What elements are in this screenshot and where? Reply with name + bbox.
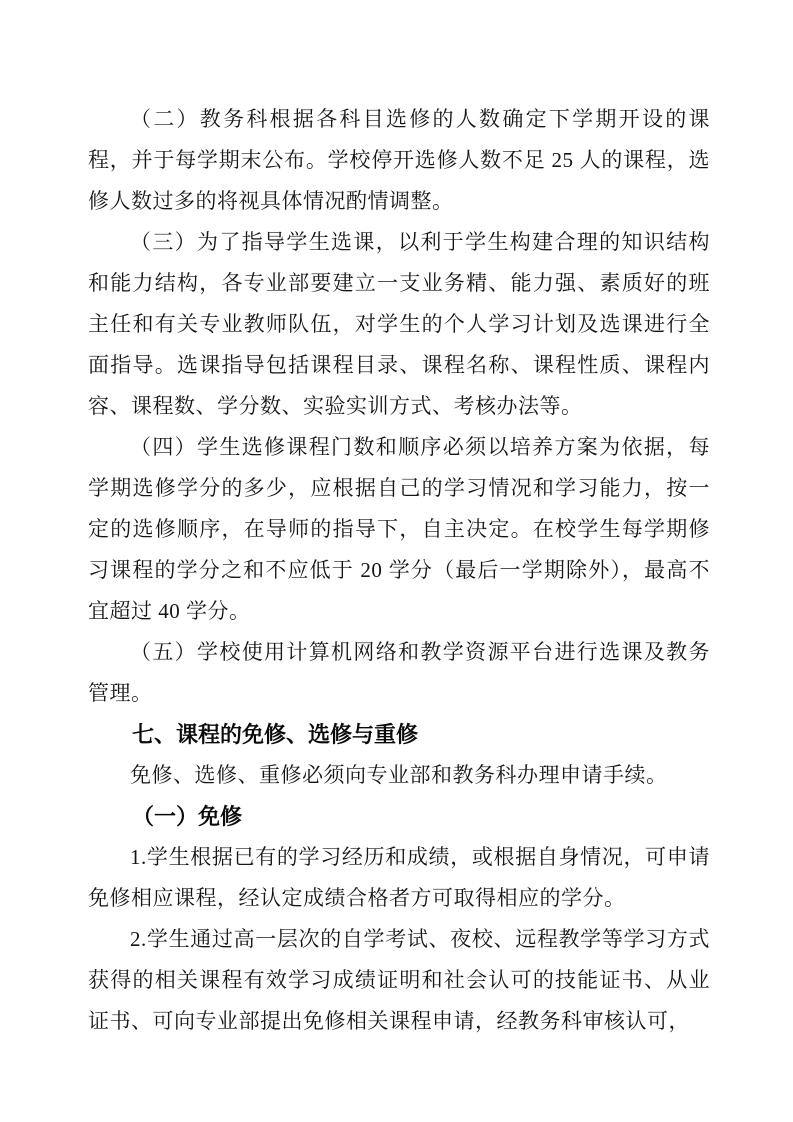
paragraph-item-4: （四）学生选修课程门数和顺序必须以培养方案为依据，每学期选修学分的多少，应根据自… (88, 427, 710, 632)
paragraph-item-2: （二）教务科根据各科目选修的人数确定下学期开设的课程，并于每学期末公布。学校停开… (88, 99, 710, 222)
subsection-heading-exemption: （一）免修 (88, 796, 710, 837)
paragraph-exemption-1: 1.学生根据已有的学习经历和成绩，或根据自身情况，可申请免修相应课程，经认定成绩… (88, 837, 710, 919)
paragraph-item-3: （三）为了指导学生选课，以利于学生构建合理的知识结构和能力结构，各专业部要建立一… (88, 222, 710, 427)
document-page: （二）教务科根据各科目选修的人数确定下学期开设的课程，并于每学期末公布。学校停开… (0, 0, 793, 1122)
section-heading-7: 七、课程的免修、选修与重修 (88, 714, 710, 755)
paragraph-item-5: （五）学校使用计算机网络和教学资源平台进行选课及教务管理。 (88, 632, 710, 714)
paragraph-exemption-2: 2.学生通过高一层次的自学考试、夜校、远程教学等学习方式获得的相关课程有效学习成… (88, 919, 710, 1042)
paragraph-application-procedure: 免修、选修、重修必须向专业部和教务科办理申请手续。 (88, 755, 710, 796)
document-body: （二）教务科根据各科目选修的人数确定下学期开设的课程，并于每学期末公布。学校停开… (88, 99, 710, 1042)
